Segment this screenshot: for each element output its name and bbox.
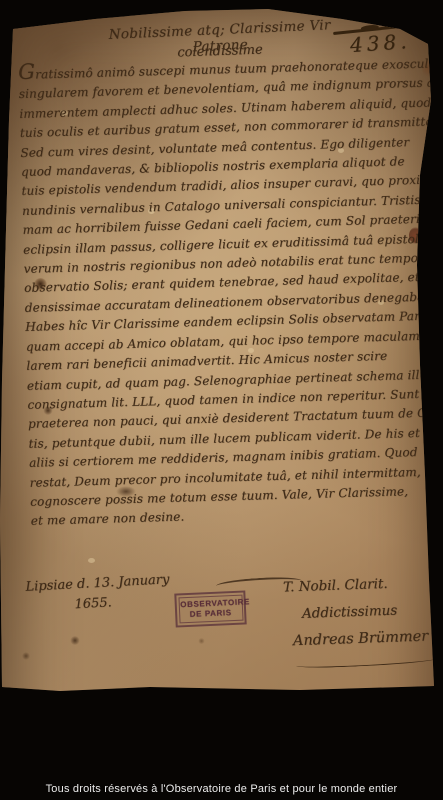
paper-speck (88, 558, 95, 563)
stamp-line: DE PARIS (181, 608, 241, 621)
signature-flourish (296, 655, 438, 669)
signature: Andreas Brümmer (293, 623, 429, 655)
dateline-year: 1655. (74, 590, 171, 615)
manuscript-page: 438. Nobilissime atq; Clarissime Vir Pat… (0, 0, 443, 800)
dateline: Lipsiae d. 13. January 1655. (25, 570, 171, 617)
closing-block: T. Nobil. Clarit. Addictissimus Andreas … (283, 570, 429, 656)
foxing-spot (22, 652, 30, 660)
observatoire-de-paris-stamp: OBSERVATOIRE DE PARIS (174, 590, 246, 627)
folio-number: 438. (349, 29, 411, 57)
document-scan: 438. Nobilissime atq; Clarissime Vir Pat… (0, 0, 443, 800)
copyright-text: Tous droits réservés à l'Observatoire de… (0, 783, 443, 795)
stamp-text: OBSERVATOIRE DE PARIS (178, 594, 243, 624)
foxing-spot (198, 638, 205, 644)
foxing-spot (70, 636, 80, 645)
letter-body: Gratissimô animô suscepi munus tuum prae… (18, 54, 443, 531)
